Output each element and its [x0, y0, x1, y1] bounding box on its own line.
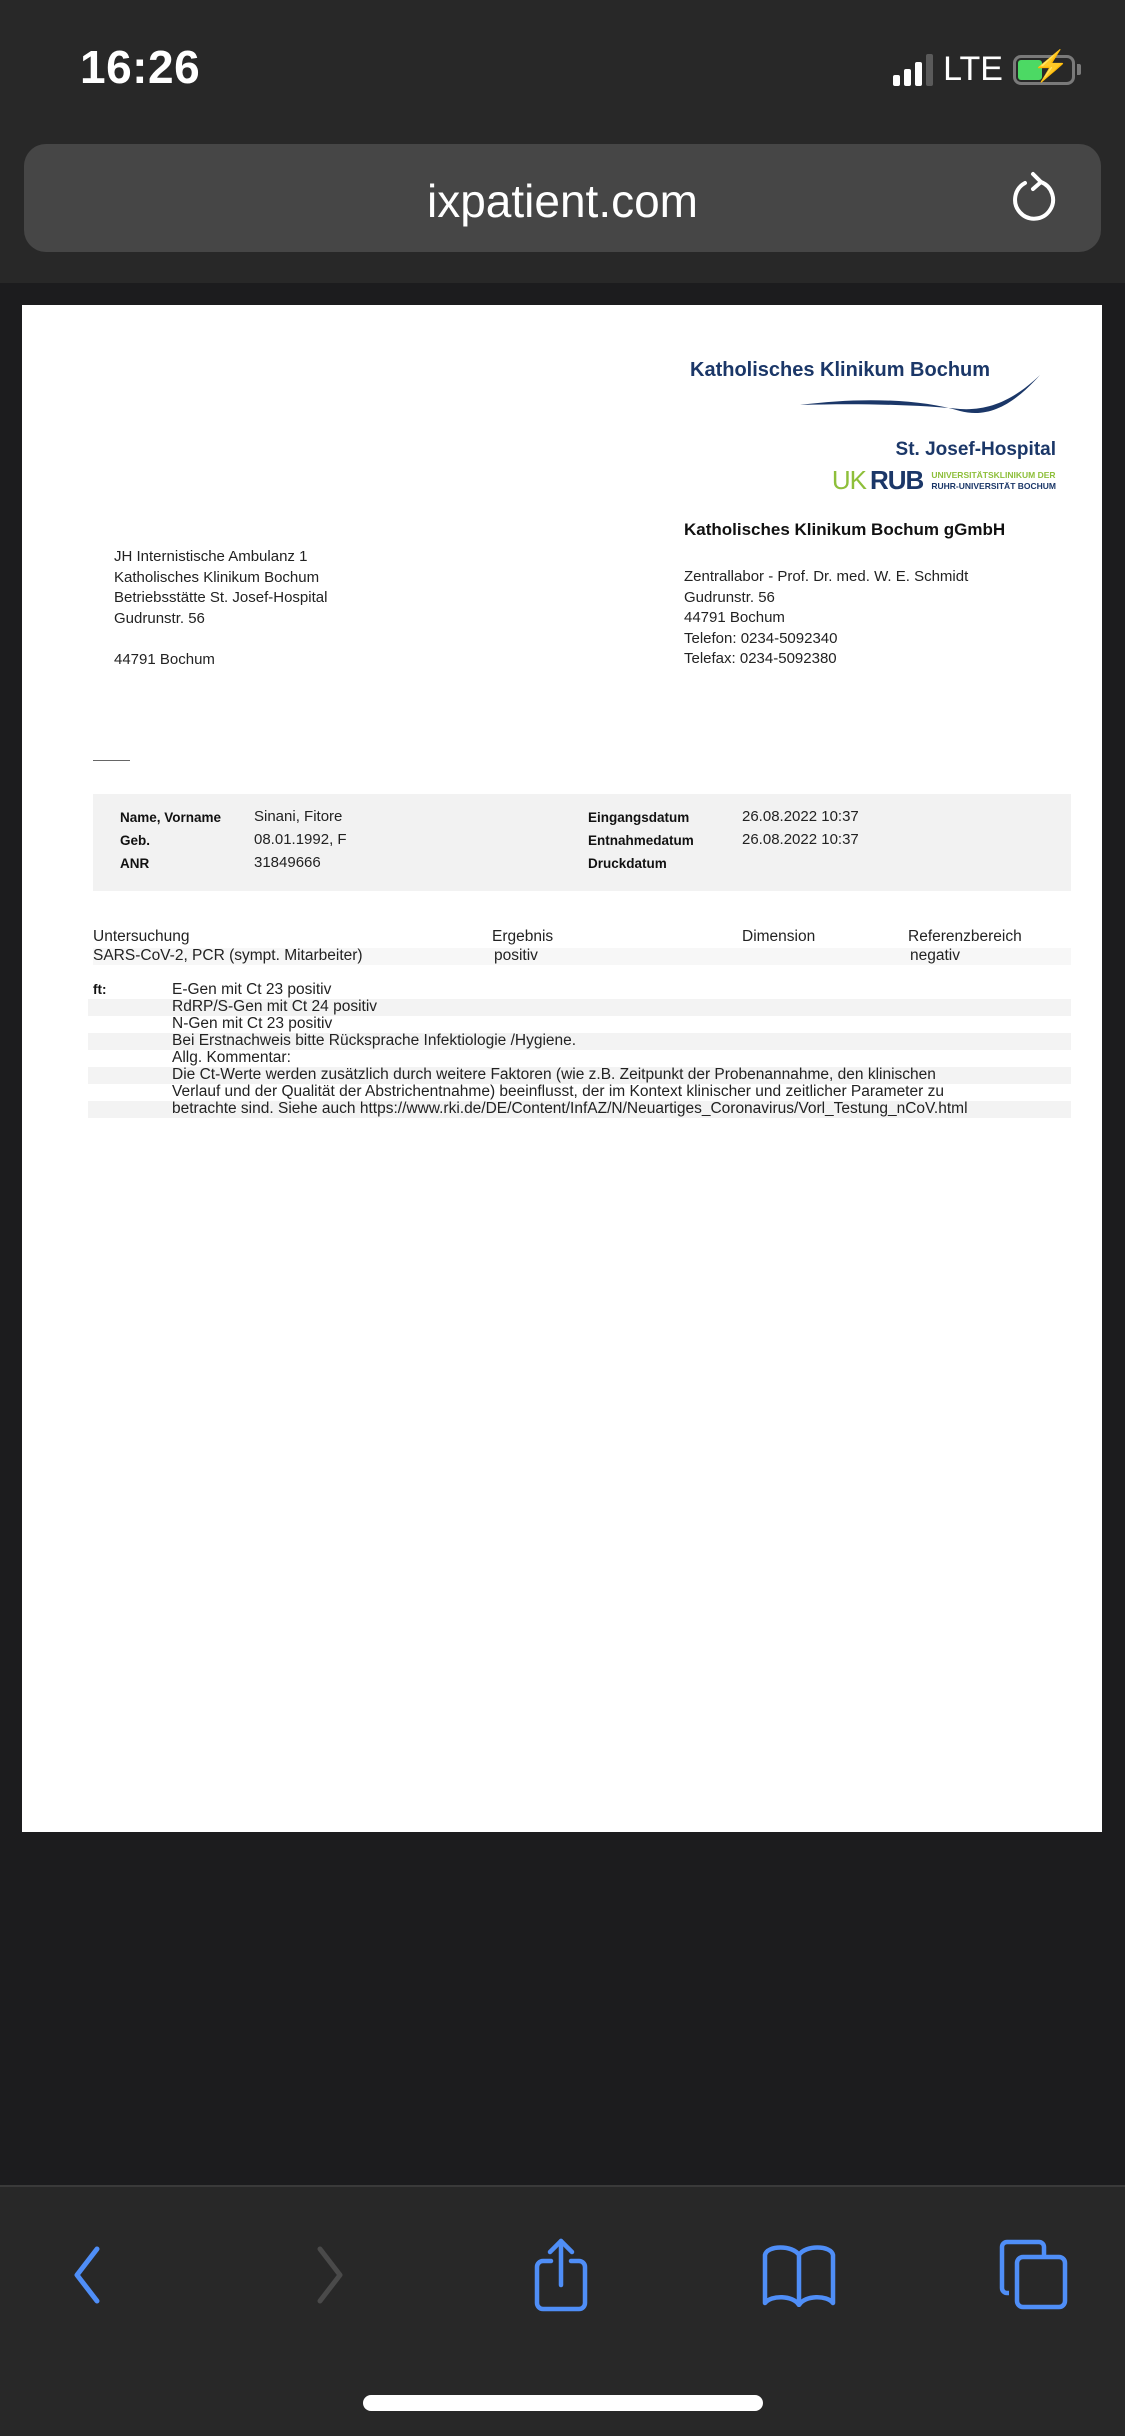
share-button[interactable] [521, 2235, 601, 2315]
hospital-logo: Katholisches Klinikum Bochum St. Josef-H… [690, 357, 1070, 497]
network-type: LTE [943, 50, 1003, 89]
dob-label: Geb. [120, 833, 150, 848]
share-icon [529, 2237, 593, 2313]
lab-report-page: Katholisches Klinikum Bochum St. Josef-H… [22, 305, 1102, 1832]
url-text[interactable]: ixpatient.com [24, 174, 1101, 228]
col-header-test: Untersuchung [93, 928, 190, 946]
collected-label: Entnahmedatum [588, 833, 694, 848]
chevron-right-icon [310, 2245, 350, 2305]
ukrub-logo: UK RUB UNIVERSITÄTSKLINIKUM DER RUHR-UNI… [832, 465, 1056, 496]
tabs-icon [999, 2239, 1071, 2311]
patient-info-box: Name, Vorname Sinani, Fitore Geb. 08.01.… [93, 794, 1071, 891]
result-test: SARS-CoV-2, PCR (sympt. Mitarbeiter) [93, 947, 363, 965]
divider [93, 760, 130, 761]
comment-line: RdRP/S-Gen mit Ct 24 positiv [172, 998, 377, 1015]
comment-line: N-Gen mit Ct 23 positiv [172, 1015, 332, 1032]
browser-top-chrome: 16:26 LTE ⚡ ixpatient.com [0, 0, 1125, 283]
cellular-signal-icon [893, 54, 933, 86]
anr-label: ANR [120, 856, 149, 871]
home-indicator[interactable] [363, 2395, 763, 2411]
name-label: Name, Vorname [120, 810, 221, 825]
printed-label: Druckdatum [588, 856, 667, 871]
patient-anr: 31849666 [254, 854, 321, 871]
comment-line: Bei Erstnachweis bitte Rücksprache Infek… [172, 1032, 576, 1049]
result-value: positiv [494, 947, 538, 965]
result-reference: negativ [910, 947, 960, 965]
comment-line: betrachte sind. Siehe auch https://www.r… [172, 1100, 968, 1117]
collected-date: 26.08.2022 10:37 [742, 831, 859, 848]
tabs-button[interactable] [995, 2235, 1075, 2315]
logo-hospital-name: St. Josef-Hospital [896, 439, 1056, 461]
recipient-address: JH Internistische Ambulanz 1 Katholische… [114, 547, 327, 671]
forward-button[interactable] [290, 2235, 370, 2315]
back-button[interactable] [47, 2235, 127, 2315]
sender-title: Katholisches Klinikum Bochum gGmbH [684, 520, 1005, 540]
status-time: 16:26 [80, 40, 200, 94]
col-header-reference: Referenzbereich [908, 928, 1022, 946]
patient-dob: 08.01.1992, F [254, 831, 347, 848]
comment-label: ft: [93, 982, 107, 997]
address-bar[interactable]: ixpatient.com [24, 144, 1101, 252]
charging-bolt-icon: ⚡ [1032, 52, 1069, 82]
reload-icon[interactable] [1007, 170, 1061, 226]
bookmarks-button[interactable] [759, 2235, 839, 2315]
comment-line: E-Gen mit Ct 23 positiv [172, 981, 331, 998]
received-label: Eingangsdatum [588, 810, 689, 825]
col-header-result: Ergebnis [492, 928, 553, 946]
book-icon [761, 2243, 837, 2307]
comment-line: Die Ct-Werte werden zusätzlich durch wei… [172, 1066, 936, 1083]
chevron-left-icon [67, 2245, 107, 2305]
status-indicators: LTE ⚡ [893, 50, 1081, 89]
received-date: 26.08.2022 10:37 [742, 808, 859, 825]
sender-address: Zentrallabor - Prof. Dr. med. W. E. Schm… [684, 567, 968, 670]
patient-name: Sinani, Fitore [254, 808, 342, 825]
col-header-unit: Dimension [742, 928, 815, 946]
logo-swoosh-icon [800, 375, 1040, 419]
battery-icon: ⚡ [1013, 55, 1075, 85]
comment-line: Verlauf und der Qualität der Abstrichent… [172, 1083, 944, 1100]
comment-line: Allg. Kommentar: [172, 1049, 291, 1066]
